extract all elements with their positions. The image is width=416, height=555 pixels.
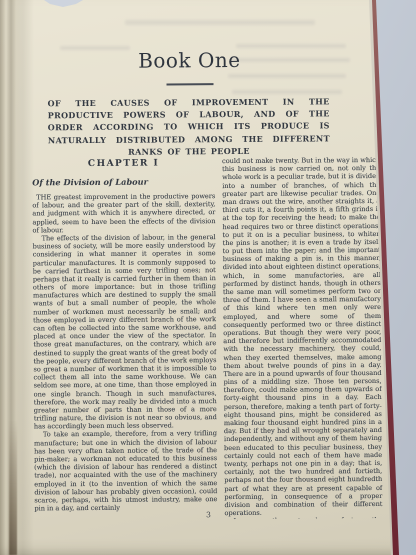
gutter-crease xyxy=(9,420,17,555)
right-column: could not make twenty. But in the way in… xyxy=(222,156,383,519)
page-number: 3 xyxy=(34,509,382,520)
body-paragraph: The effects of the division of labour, i… xyxy=(33,233,217,431)
body-paragraph: could not make twenty. But in the way in… xyxy=(222,156,383,517)
photo-background: Book One OF THE CAUSES OF IMPROVEMENT IN… xyxy=(0,0,416,555)
body-paragraph: THE greatest improvement in the producti… xyxy=(32,192,215,234)
book-page: Book One OF THE CAUSES OF IMPROVEMENT IN… xyxy=(0,0,416,555)
chapter-heading: CHAPTER I xyxy=(32,158,215,169)
book-title: Book One xyxy=(49,47,329,73)
page-gutter-shadow xyxy=(0,0,34,555)
chapter-subtitle: Of the Division of Labour xyxy=(32,176,215,187)
title-divider-rule xyxy=(166,83,213,85)
left-column: CHAPTER I Of the Division of Labour THE … xyxy=(32,157,218,520)
text-columns: CHAPTER I Of the Division of Labour THE … xyxy=(32,156,383,520)
part-heading: OF THE CAUSES OF IMPROVEMENT IN THE PROD… xyxy=(48,95,330,158)
page-content: Book One OF THE CAUSES OF IMPROVEMENT IN… xyxy=(31,0,383,555)
body-paragraph: To take an example, therefore, from a ve… xyxy=(34,430,218,513)
